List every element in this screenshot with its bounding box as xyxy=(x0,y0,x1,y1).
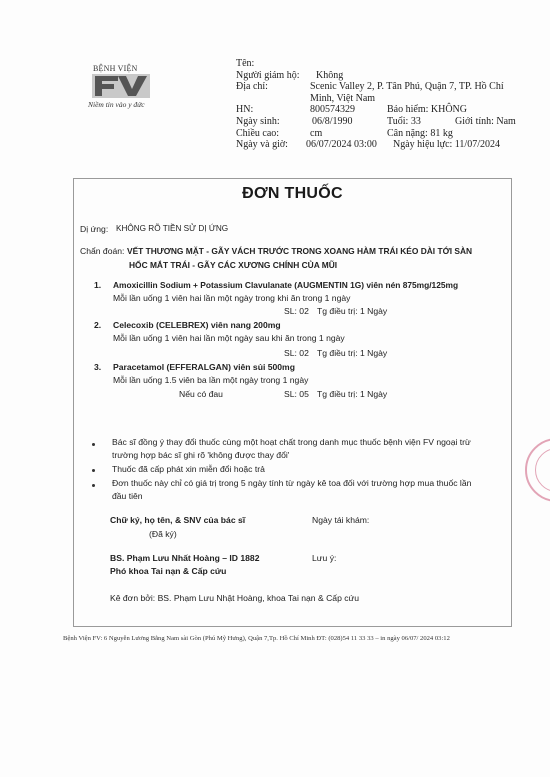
height-value: cm xyxy=(310,128,322,140)
medication-name: Paracetamol (EFFERALGAN) viên sủi 500mg xyxy=(113,362,295,372)
logo-hospital-label: BỆNH VIỆN xyxy=(93,64,178,73)
dob-label: Ngày sinh: xyxy=(236,116,280,128)
diagnosis-label: Chẩn đoán: xyxy=(80,246,124,256)
note-line: Bác sĩ đồng ý thay đổi thuốc cùng một ho… xyxy=(112,437,471,447)
prescription-box: ĐƠN THUỐC Dị ứng: KHÔNG RÕ TIỀN SỬ DỊ ỨN… xyxy=(73,178,512,627)
note-line: Đơn thuốc này chỉ có giá trị trong 5 ngà… xyxy=(112,478,471,488)
hospital-logo: BỆNH VIỆN Niềm tin vào y đức xyxy=(88,64,178,109)
medication-duration: Tg điều trị: 1 Ngày xyxy=(317,348,387,358)
medication-quantity: SL: 05 xyxy=(284,389,309,399)
prescribed-by: Kê đơn bởi: BS. Phạm Lưu Nhật Hoàng, kho… xyxy=(110,593,359,603)
signed-label: (Đã ký) xyxy=(149,529,177,539)
datetime-value: 06/07/2024 03:00 xyxy=(306,139,377,151)
hn-label: HN: xyxy=(236,104,253,116)
note-label: Lưu ý: xyxy=(312,553,336,563)
footer-text: Bệnh Viện FV: 6 Nguyễn Lương Bằng Nam sà… xyxy=(63,635,450,642)
note-line: Thuốc đã cấp phát xin miễn đổi hoặc trả xyxy=(112,464,265,474)
signature-label: Chữ ký, họ tên, & SNV của bác sĩ xyxy=(110,515,245,525)
bullet-icon xyxy=(92,443,95,446)
guardian-label: Người giám hộ: xyxy=(236,70,299,82)
note-line: đầu tiên xyxy=(112,491,143,501)
name-label: Tên: xyxy=(236,58,254,70)
medication-number: 1. xyxy=(94,280,101,290)
medication-name: Amoxicillin Sodium + Potassium Clavulana… xyxy=(113,280,458,290)
page-title: ĐƠN THUỐC xyxy=(74,185,511,203)
medication-number: 3. xyxy=(94,362,101,372)
age: Tuổi: 33 xyxy=(387,116,421,128)
medication-instructions: Mỗi lần uống 1 viên hai lần một ngày tro… xyxy=(113,293,350,303)
medication-instructions: Mỗi lần uống 1.5 viên ba lần một ngày tr… xyxy=(113,375,308,385)
note-line: trường hợp bác sĩ ghi rõ 'không được tha… xyxy=(112,450,289,460)
medication-note: Nếu có đau xyxy=(179,389,223,399)
allergy-label: Dị ứng: xyxy=(80,224,108,234)
medication-instructions: Mỗi lần uống 1 viên hai lần một ngày sau… xyxy=(113,333,345,343)
valid-date: Ngày hiệu lực: 11/07/2024 xyxy=(393,139,500,151)
address-line2: Minh, Việt Nam xyxy=(310,93,375,105)
guardian-value: Không xyxy=(316,70,343,82)
weight: Cân nặng: 81 kg xyxy=(387,128,453,140)
hospital-stamp-icon xyxy=(525,438,550,502)
fv-logo-icon xyxy=(92,74,150,98)
bullet-icon xyxy=(92,484,95,487)
medication-number: 2. xyxy=(94,320,101,330)
diagnosis-line1: VẾT THƯƠNG MẶT - GÃY VÁCH TRƯỚC TRONG XO… xyxy=(127,246,472,256)
datetime-label: Ngày và giờ: xyxy=(236,139,288,151)
address-label: Địa chỉ: xyxy=(236,81,268,93)
followup-label: Ngày tái khám: xyxy=(312,515,369,525)
height-label: Chiều cao: xyxy=(236,128,279,140)
address-line1: Scenic Valley 2, P. Tân Phú, Quận 7, TP.… xyxy=(310,81,504,93)
medication-name: Celecoxib (CELEBREX) viên nang 200mg xyxy=(113,320,281,330)
logo-slogan: Niềm tin vào y đức xyxy=(88,100,178,109)
medication-quantity: SL: 02 xyxy=(284,348,309,358)
doctor-dept: Phó khoa Tai nạn & Cấp cứu xyxy=(110,566,226,576)
gender: Giới tính: Nam xyxy=(455,116,516,128)
bullet-icon xyxy=(92,469,95,472)
diagnosis-line2: HỐC MẮT TRÁI - GÃY CÁC XƯƠNG CHÍNH CỦA M… xyxy=(129,260,337,270)
dob-value: 06/8/1990 xyxy=(312,116,353,128)
medication-quantity: SL: 02 xyxy=(284,306,309,316)
medication-duration: Tg điều trị: 1 Ngày xyxy=(317,306,387,316)
medication-duration: Tg điều trị: 1 Ngày xyxy=(317,389,387,399)
insurance: Bảo hiểm: KHÔNG xyxy=(387,104,467,116)
doctor-name: BS. Phạm Lưu Nhất Hoàng – ID 1882 xyxy=(110,553,259,563)
hn-value: 800574329 xyxy=(310,104,355,116)
allergy-value: KHÔNG RÕ TIỀN SỬ DỊ ỨNG xyxy=(116,224,228,233)
